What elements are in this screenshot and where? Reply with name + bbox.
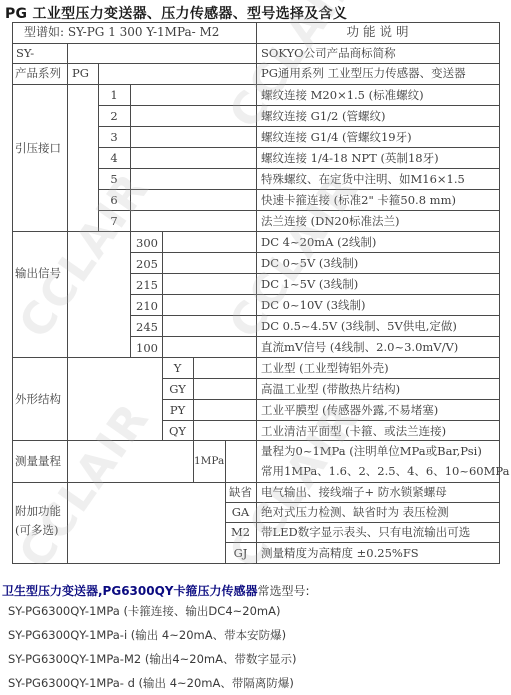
series-label: 产品系列: [15, 63, 61, 83]
brand-code: SY-: [16, 43, 34, 63]
output-code: 300: [136, 233, 158, 253]
model-selection-table: 型谱如: SY-PG 1 300 Y-1MPa- M2 功 能 说 明 SY- …: [0, 0, 511, 570]
connection-desc: 特殊螺纹、在定货中注明、如M16×1.5: [261, 169, 465, 189]
grid-line: [256, 22, 257, 564]
extras-code: M2: [225, 522, 256, 542]
series-code: PG: [72, 63, 89, 83]
output-code: 245: [136, 317, 158, 337]
range-code: 1MPa: [194, 451, 224, 471]
extras-code: GJ: [225, 543, 256, 563]
extras-desc: 电气输出、接线端子+ 防水锁紧螺母: [261, 482, 447, 502]
shape-label: 外形结构: [15, 389, 61, 409]
model-example: 型谱如: SY-PG 1 300 Y-1MPa- M2: [24, 22, 219, 42]
shape-desc: 工业型 (工业型铸铝外壳): [261, 358, 389, 378]
footer-title: 卫生型压力变送器,PG6300QY卡箍压力传感器常选型号:: [2, 582, 310, 599]
shape-code: Y: [162, 358, 193, 378]
extras-label-note: (可多选): [15, 520, 58, 540]
model-list-item: SY-PG6300QY-1MPa- d (输出 4~20mA、带隔离防爆): [8, 675, 294, 691]
footer-title-product: 卫生型压力变送器,PG6300QY卡箍压力传感器: [2, 584, 258, 598]
shape-desc: 高温工业型 (带散热片结构): [261, 379, 400, 399]
connection-code: 3: [98, 127, 130, 147]
connection-code: 4: [98, 148, 130, 168]
footer-title-suffix: 常选型号:: [258, 584, 310, 598]
output-code: 100: [136, 338, 158, 358]
output-desc: DC 0~5V (3线制): [261, 253, 358, 273]
output-desc: DC 1~5V (3线制): [261, 274, 358, 294]
connection-label: 引压接口: [15, 138, 61, 158]
connection-code: 7: [98, 211, 130, 231]
output-desc: DC 4~20mA (2线制): [261, 232, 376, 252]
range-desc-line2: 常用1MPa、1.6、2、2.5、4、6、10~60MPa: [261, 461, 509, 481]
model-list-item: SY-PG6300QY-1MPa (卡箍连接、输出DC4~20mA): [8, 603, 280, 619]
grid-line: [12, 22, 13, 564]
connection-desc: 螺纹连接 G1/2 (管螺纹): [261, 106, 385, 126]
range-desc-line1: 量程为0~1MPa (注明单位MPa或Bar,Psi): [261, 441, 482, 461]
model-list-item: SY-PG6300QY-1MPa-i (输出 4~20mA、带本安防爆): [8, 627, 286, 643]
connection-desc: 法兰连接 (DN20标准法兰): [261, 211, 400, 231]
output-code: 215: [136, 275, 158, 295]
grid-line: [67, 43, 68, 564]
extras-code: GA: [225, 502, 256, 522]
connection-desc: 螺纹连接 1/4-18 NPT (英制18牙): [261, 148, 439, 168]
connection-desc: 螺纹连接 G1/4 (管螺纹19牙): [261, 127, 412, 147]
extras-desc: 测量精度为高精度 ±0.25%FS: [261, 543, 419, 563]
connection-code: 1: [98, 85, 130, 105]
shape-code: PY: [162, 400, 193, 420]
shape-code: QY: [162, 421, 193, 441]
output-desc: 直流mV信号 (4线制、2.0~3.0mV/V): [261, 337, 458, 357]
output-desc: DC 0.5~4.5V (3线制、5V供电,定做): [261, 316, 457, 336]
extras-label: 附加功能: [15, 501, 61, 521]
shape-desc: 工业清洁平面型 (卡箍、或法兰连接): [261, 421, 446, 441]
extras-desc: 绝对式压力检测、缺省时为 表压检测: [261, 502, 449, 522]
connection-desc: 螺纹连接 M20×1.5 (标准螺纹): [261, 85, 424, 105]
extras-code: 缺省: [225, 482, 256, 502]
output-desc: DC 0~10V (3线制): [261, 295, 366, 315]
connection-code: 2: [98, 106, 130, 126]
shape-desc: 工业平膜型 (传感器外露,不易堵塞): [261, 400, 438, 420]
connection-code: 6: [98, 190, 130, 210]
shape-code: GY: [162, 379, 193, 399]
grid-line: [130, 84, 131, 357]
output-code: 210: [136, 296, 158, 316]
output-label: 输出信号: [15, 263, 61, 283]
extras-desc: 带LED数字显示表头、只有电流输出可选: [261, 522, 470, 542]
connection-desc: 快速卡箍连接 (标准2" 卡箍50.8 mm): [261, 190, 456, 210]
series-desc: PG通用系列 工业型压力传感器、变送器: [261, 63, 466, 83]
output-code: 205: [136, 254, 158, 274]
grid-line: [499, 22, 500, 564]
connection-code: 5: [98, 169, 130, 189]
brand-desc: SOKYO公司产品商标简称: [261, 43, 396, 63]
model-list-item: SY-PG6300QY-1MPa-M2 (输出4~20mA、带数字显示): [8, 651, 296, 667]
function-description-header: 功 能 说 明: [256, 22, 499, 42]
range-label: 测量量程: [15, 451, 61, 471]
